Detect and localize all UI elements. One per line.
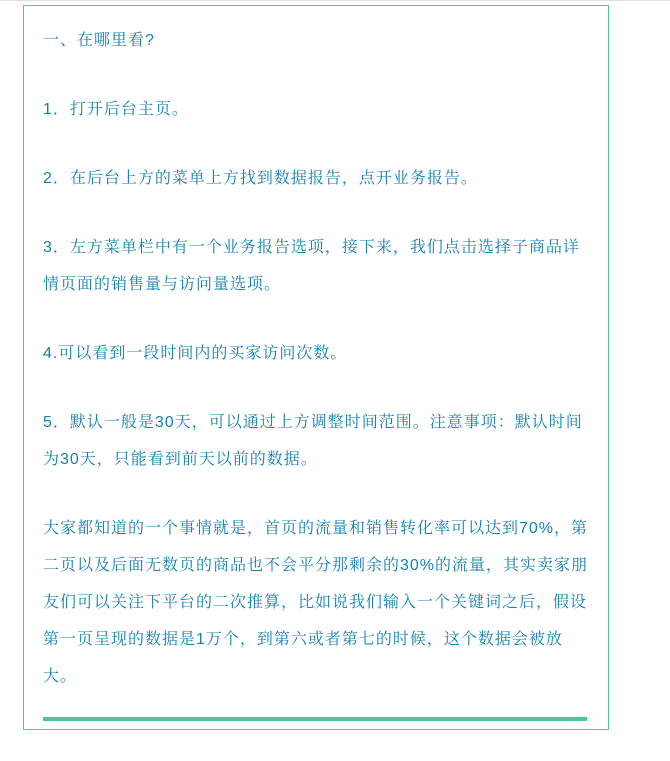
step-item-1: 1．打开后台主页。 (43, 91, 589, 128)
step-item-5: 5．默认一般是30天，可以通过上方调整时间范围。注意事项：默认时间为30天，只能… (43, 404, 589, 478)
content-card: 一、在哪里看? 1．打开后台主页。 2．在后台上方的菜单上方找到数据报告，点开业… (23, 5, 609, 730)
step-item-3: 3．左方菜单栏中有一个业务报告选项，接下来，我们点击选择子商品详情页面的销售量与… (43, 229, 589, 303)
step-item-4: 4.可以看到一段时间内的买家访问次数。 (43, 335, 589, 372)
section-heading: 一、在哪里看? (43, 22, 589, 59)
bottom-divider (43, 717, 587, 721)
body-paragraph: 大家都知道的一个事情就是，首页的流量和销售转化率可以达到70%，第二页以及后面无… (43, 510, 589, 695)
step-item-2: 2．在后台上方的菜单上方找到数据报告，点开业务报告。 (43, 160, 589, 197)
page-top-divider (0, 0, 670, 1)
